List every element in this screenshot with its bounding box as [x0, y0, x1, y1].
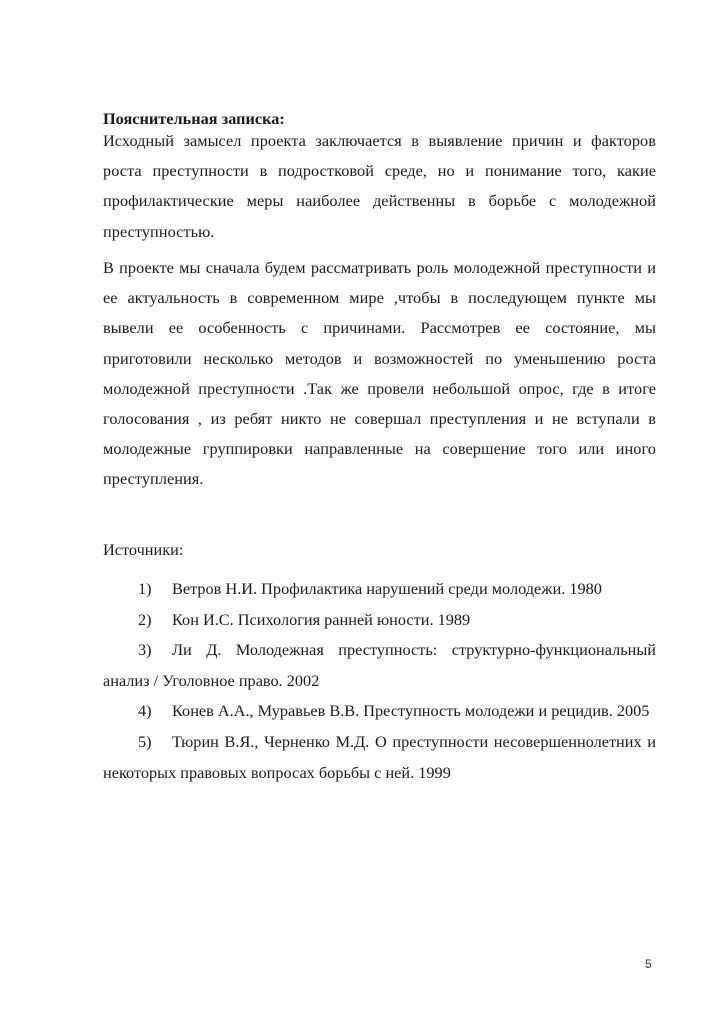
source-number: 4): [138, 696, 172, 727]
source-item: 3)Ли Д. Молодежная преступность: структу…: [103, 635, 656, 696]
paragraph-project-plan: В проекте мы сначала будем рассматривать…: [103, 253, 656, 495]
source-text: Тюрин В.Я., Черненко М.Д. О преступности…: [103, 732, 656, 782]
source-item: 4)Конев А.А., Муравьев В.В. Преступность…: [103, 696, 656, 727]
sources-list: 1)Ветров Н.И. Профилактика нарушений сре…: [103, 574, 656, 788]
document-page: Пояснительная записка: Исходный замысел …: [0, 0, 724, 1024]
paragraph-intro: Исходный замысел проекта заключается в в…: [103, 126, 656, 247]
source-text: Ли Д. Молодежная преступность: структурн…: [103, 640, 656, 690]
source-item: 5)Тюрин В.Я., Черненко М.Д. О преступнос…: [103, 727, 656, 788]
source-text: Кон И.С. Психология ранней юности. 1989: [172, 610, 470, 629]
source-item: 2)Кон И.С. Психология ранней юности. 198…: [103, 605, 656, 636]
source-number: 3): [138, 635, 172, 666]
source-text: Ветров Н.И. Профилактика нарушений среди…: [172, 579, 602, 598]
source-number: 2): [138, 605, 172, 636]
source-item: 1)Ветров Н.И. Профилактика нарушений сре…: [103, 574, 656, 605]
source-number: 1): [138, 574, 172, 605]
source-number: 5): [138, 727, 172, 758]
sources-heading: Источники:: [103, 540, 183, 560]
source-text: Конев А.А., Муравьев В.В. Преступность м…: [172, 701, 649, 720]
page-number: 5: [645, 957, 652, 971]
